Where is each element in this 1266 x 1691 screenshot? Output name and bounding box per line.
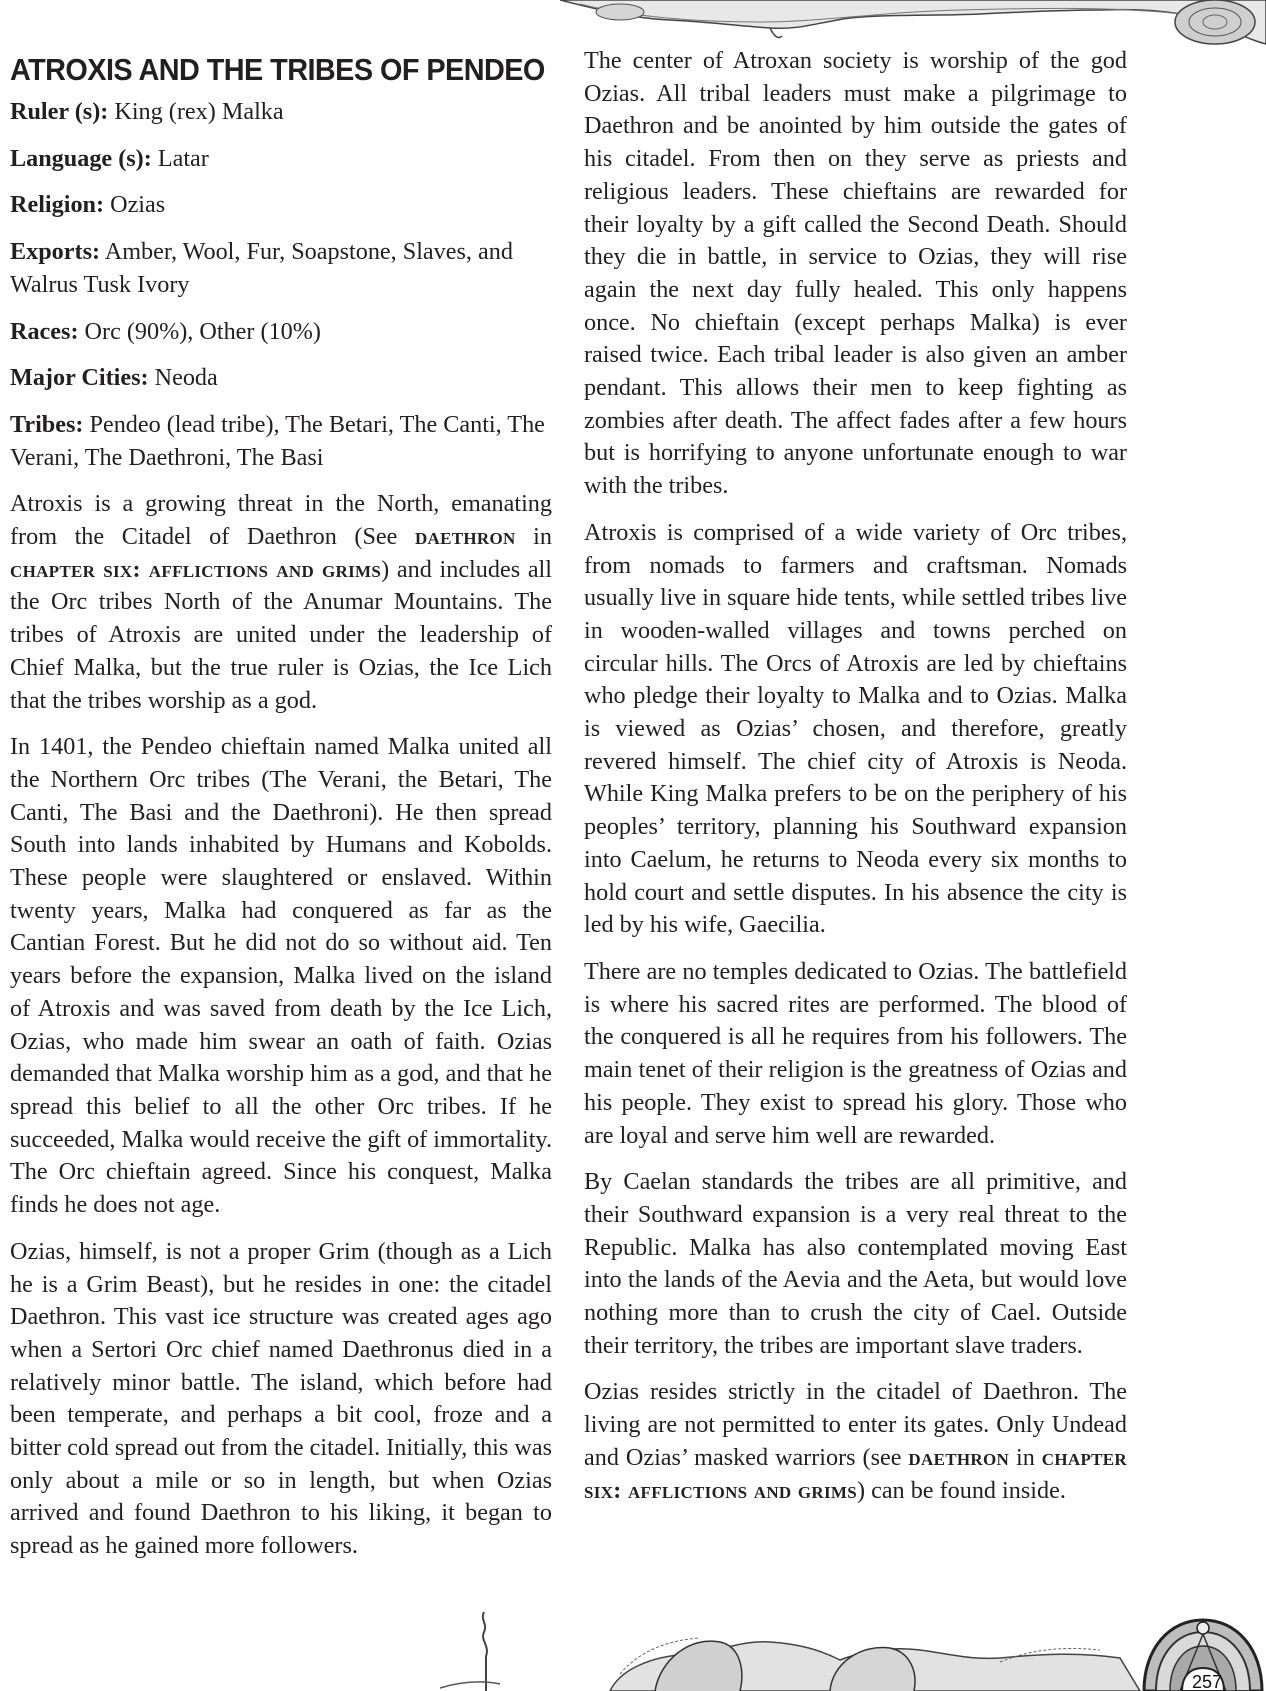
stat-ruler: Ruler (s): King (rex) Malka — [10, 96, 552, 129]
paragraph-citadel: Ozias resides strictly in the citadel of… — [584, 1376, 1127, 1507]
top-ornament-illustration — [560, 0, 1266, 48]
stat-label: Language (s): — [10, 145, 152, 172]
stat-value: Ozias — [110, 191, 165, 218]
stat-religion: Religion: Ozias — [10, 189, 552, 222]
paragraph-worship: The center of Atroxan society is worship… — [584, 45, 1127, 503]
paragraph-history: In 1401, the Pendeo chieftain named Malk… — [10, 731, 552, 1222]
cross-reference-daethron: DAETHRON — [415, 523, 516, 550]
left-column: ATROXIS AND THE TRIBES OF PENDEO Ruler (… — [10, 50, 552, 1577]
stat-label: Major Cities: — [10, 364, 149, 391]
cross-reference-daethron: DAETHRON — [908, 1444, 1009, 1471]
stat-major-cities: Major Cities: Neoda — [10, 362, 552, 395]
cross-reference-chapter-six: CHAPTER SIX: AFFLICTIONS AND GRIMS — [10, 556, 381, 583]
stat-value: Neoda — [155, 364, 218, 391]
stat-label: Religion: — [10, 191, 104, 218]
paragraph-society: Atroxis is comprised of a wide variety o… — [584, 517, 1127, 942]
stat-value: King (rex) Malka — [114, 98, 283, 125]
paragraph-ozias-grim: Ozias, himself, is not a proper Grim (th… — [10, 1236, 552, 1563]
stat-label: Ruler (s): — [10, 98, 108, 125]
stat-races: Races: Orc (90%), Other (10%) — [10, 316, 552, 349]
paragraph-atroxis-threat: Atroxis is a growing threat in the North… — [10, 488, 552, 717]
text: in — [516, 523, 552, 550]
stat-value: Latar — [158, 145, 209, 172]
stat-label: Races: — [10, 318, 79, 345]
right-column: The center of Atroxan society is worship… — [584, 45, 1127, 1521]
section-title: ATROXIS AND THE TRIBES OF PENDEO — [10, 50, 514, 90]
text: in — [1009, 1444, 1042, 1471]
paragraph-temples: There are no temples dedicated to Ozias.… — [584, 956, 1127, 1152]
stat-label: Exports: — [10, 238, 100, 265]
stat-value: Orc (90%), Other (10%) — [85, 318, 321, 345]
stat-tribes: Tribes: Pendeo (lead tribe), The Betari,… — [10, 409, 552, 474]
stat-value: Pendeo (lead tribe), The Betari, The Can… — [10, 411, 545, 471]
page-number: 257 — [1190, 1674, 1224, 1691]
text: ) can be found inside. — [857, 1477, 1066, 1504]
stat-exports: Exports: Amber, Wool, Fur, Soapstone, Sl… — [10, 236, 552, 301]
stat-label: Tribes: — [10, 411, 83, 438]
stat-language: Language (s): Latar — [10, 143, 552, 176]
paragraph-caelan-standards: By Caelan standards the tribes are all p… — [584, 1166, 1127, 1362]
